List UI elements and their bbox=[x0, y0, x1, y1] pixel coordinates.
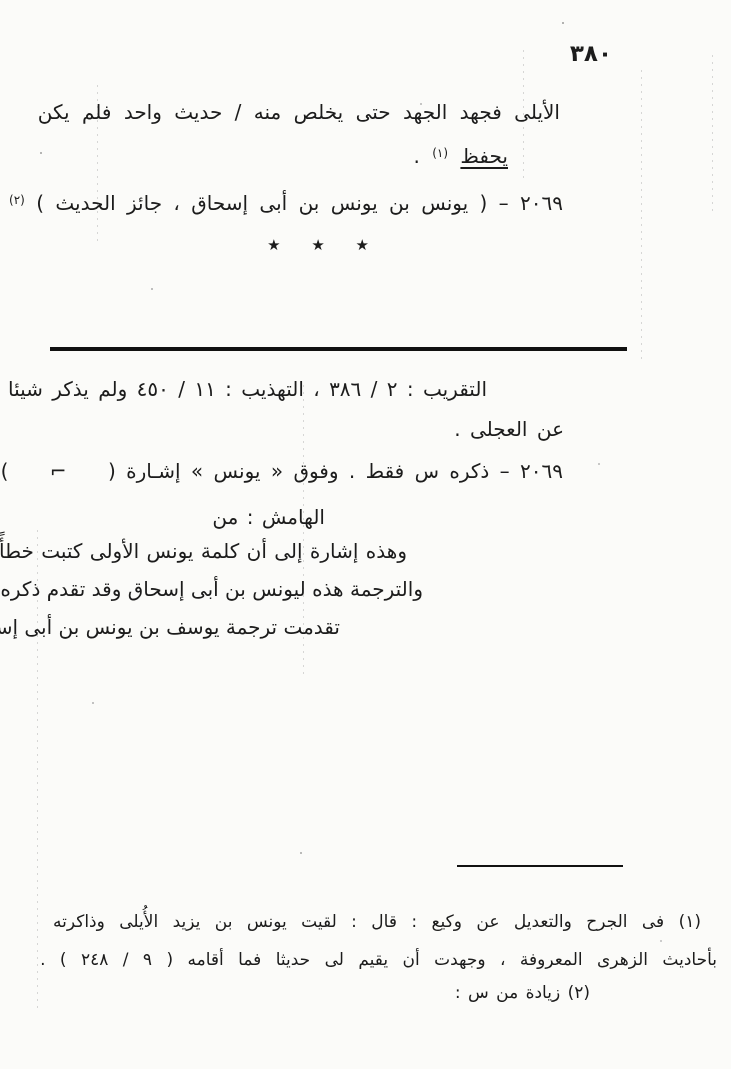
underlined-word: يحفظ bbox=[460, 144, 508, 168]
references-line-2: عن العجلى . bbox=[454, 416, 564, 442]
entry-dash: – bbox=[499, 191, 509, 215]
footnote-separator-rule bbox=[457, 865, 623, 867]
entry-dash: – bbox=[500, 459, 510, 483]
commentary-note-line-1: وهذه إشارة إلى أن كلمة يونس الأولى كتبت … bbox=[0, 538, 407, 564]
page-number: ٣٨٠ bbox=[570, 40, 612, 70]
period: . bbox=[414, 144, 420, 168]
body-paragraph-line-1: الأيلى فجهد الجهد حتى يخلص منه / حديث وا… bbox=[38, 99, 560, 125]
commentary-entry-2069-line: ٢٠٦٩ – ذكره س فقط . وفوق « يونس » إشـارة… bbox=[0, 458, 563, 484]
footnote-2-line: (٢) زيادة من س : bbox=[455, 982, 590, 1004]
entry-2069-line: ٢٠٦٩ – ( يونس بن يونس بن أبى إسحاق ، جائ… bbox=[0, 190, 563, 216]
entry-number: ٢٠٦٩ bbox=[520, 459, 563, 483]
references-line-1: التقريب : ٢ ‏/ ٣٨٦ ، التهذيب : ١١ ‏/ ٤٥٠… bbox=[8, 376, 487, 402]
commentary-note-line-2: والترجمة هذه ليونس بن أبى إسحاق وقد تقدم… bbox=[0, 576, 423, 602]
entry-number: ٢٠٦٩ bbox=[520, 191, 563, 215]
scan-specks bbox=[0, 0, 2, 2]
entry-text: ( يونس بن يونس بن أبى إسحاق ، جائز الحدي… bbox=[36, 191, 487, 215]
commentary-entry-line-2: الهامش : من bbox=[212, 504, 325, 530]
body-paragraph-line-2: يحفظ (١) . bbox=[414, 143, 508, 169]
scan-artifact-line bbox=[37, 530, 38, 1010]
stars-separator: ★ ★ ★ bbox=[267, 236, 382, 256]
section-divider-rule bbox=[50, 347, 627, 351]
commentary-entry-text: ذكره س فقط . وفوق « يونس » إشـارة ( ⌐ ) … bbox=[0, 459, 489, 483]
footnote-1-line-2: بأحاديث الزهرى المعروفة ، وجهدت أن يقيم … bbox=[40, 949, 717, 971]
footnote-marker-1: (١) bbox=[432, 146, 448, 160]
footnote-1-line-1: (١) فى الجرح والتعديل عن وكيع : قال : لق… bbox=[53, 911, 701, 933]
scan-artifact-line bbox=[712, 55, 713, 215]
scan-artifact-line bbox=[641, 70, 642, 360]
scanned-book-page: ٣٨٠ الأيلى فجهد الجهد حتى يخلص منه / حدي… bbox=[0, 0, 731, 1069]
footnote-marker-2: (٢) bbox=[9, 193, 25, 207]
commentary-note-line-3: تقدمت ترجمة يوسف بن يونس بن أبى إسحاق . bbox=[0, 614, 340, 640]
